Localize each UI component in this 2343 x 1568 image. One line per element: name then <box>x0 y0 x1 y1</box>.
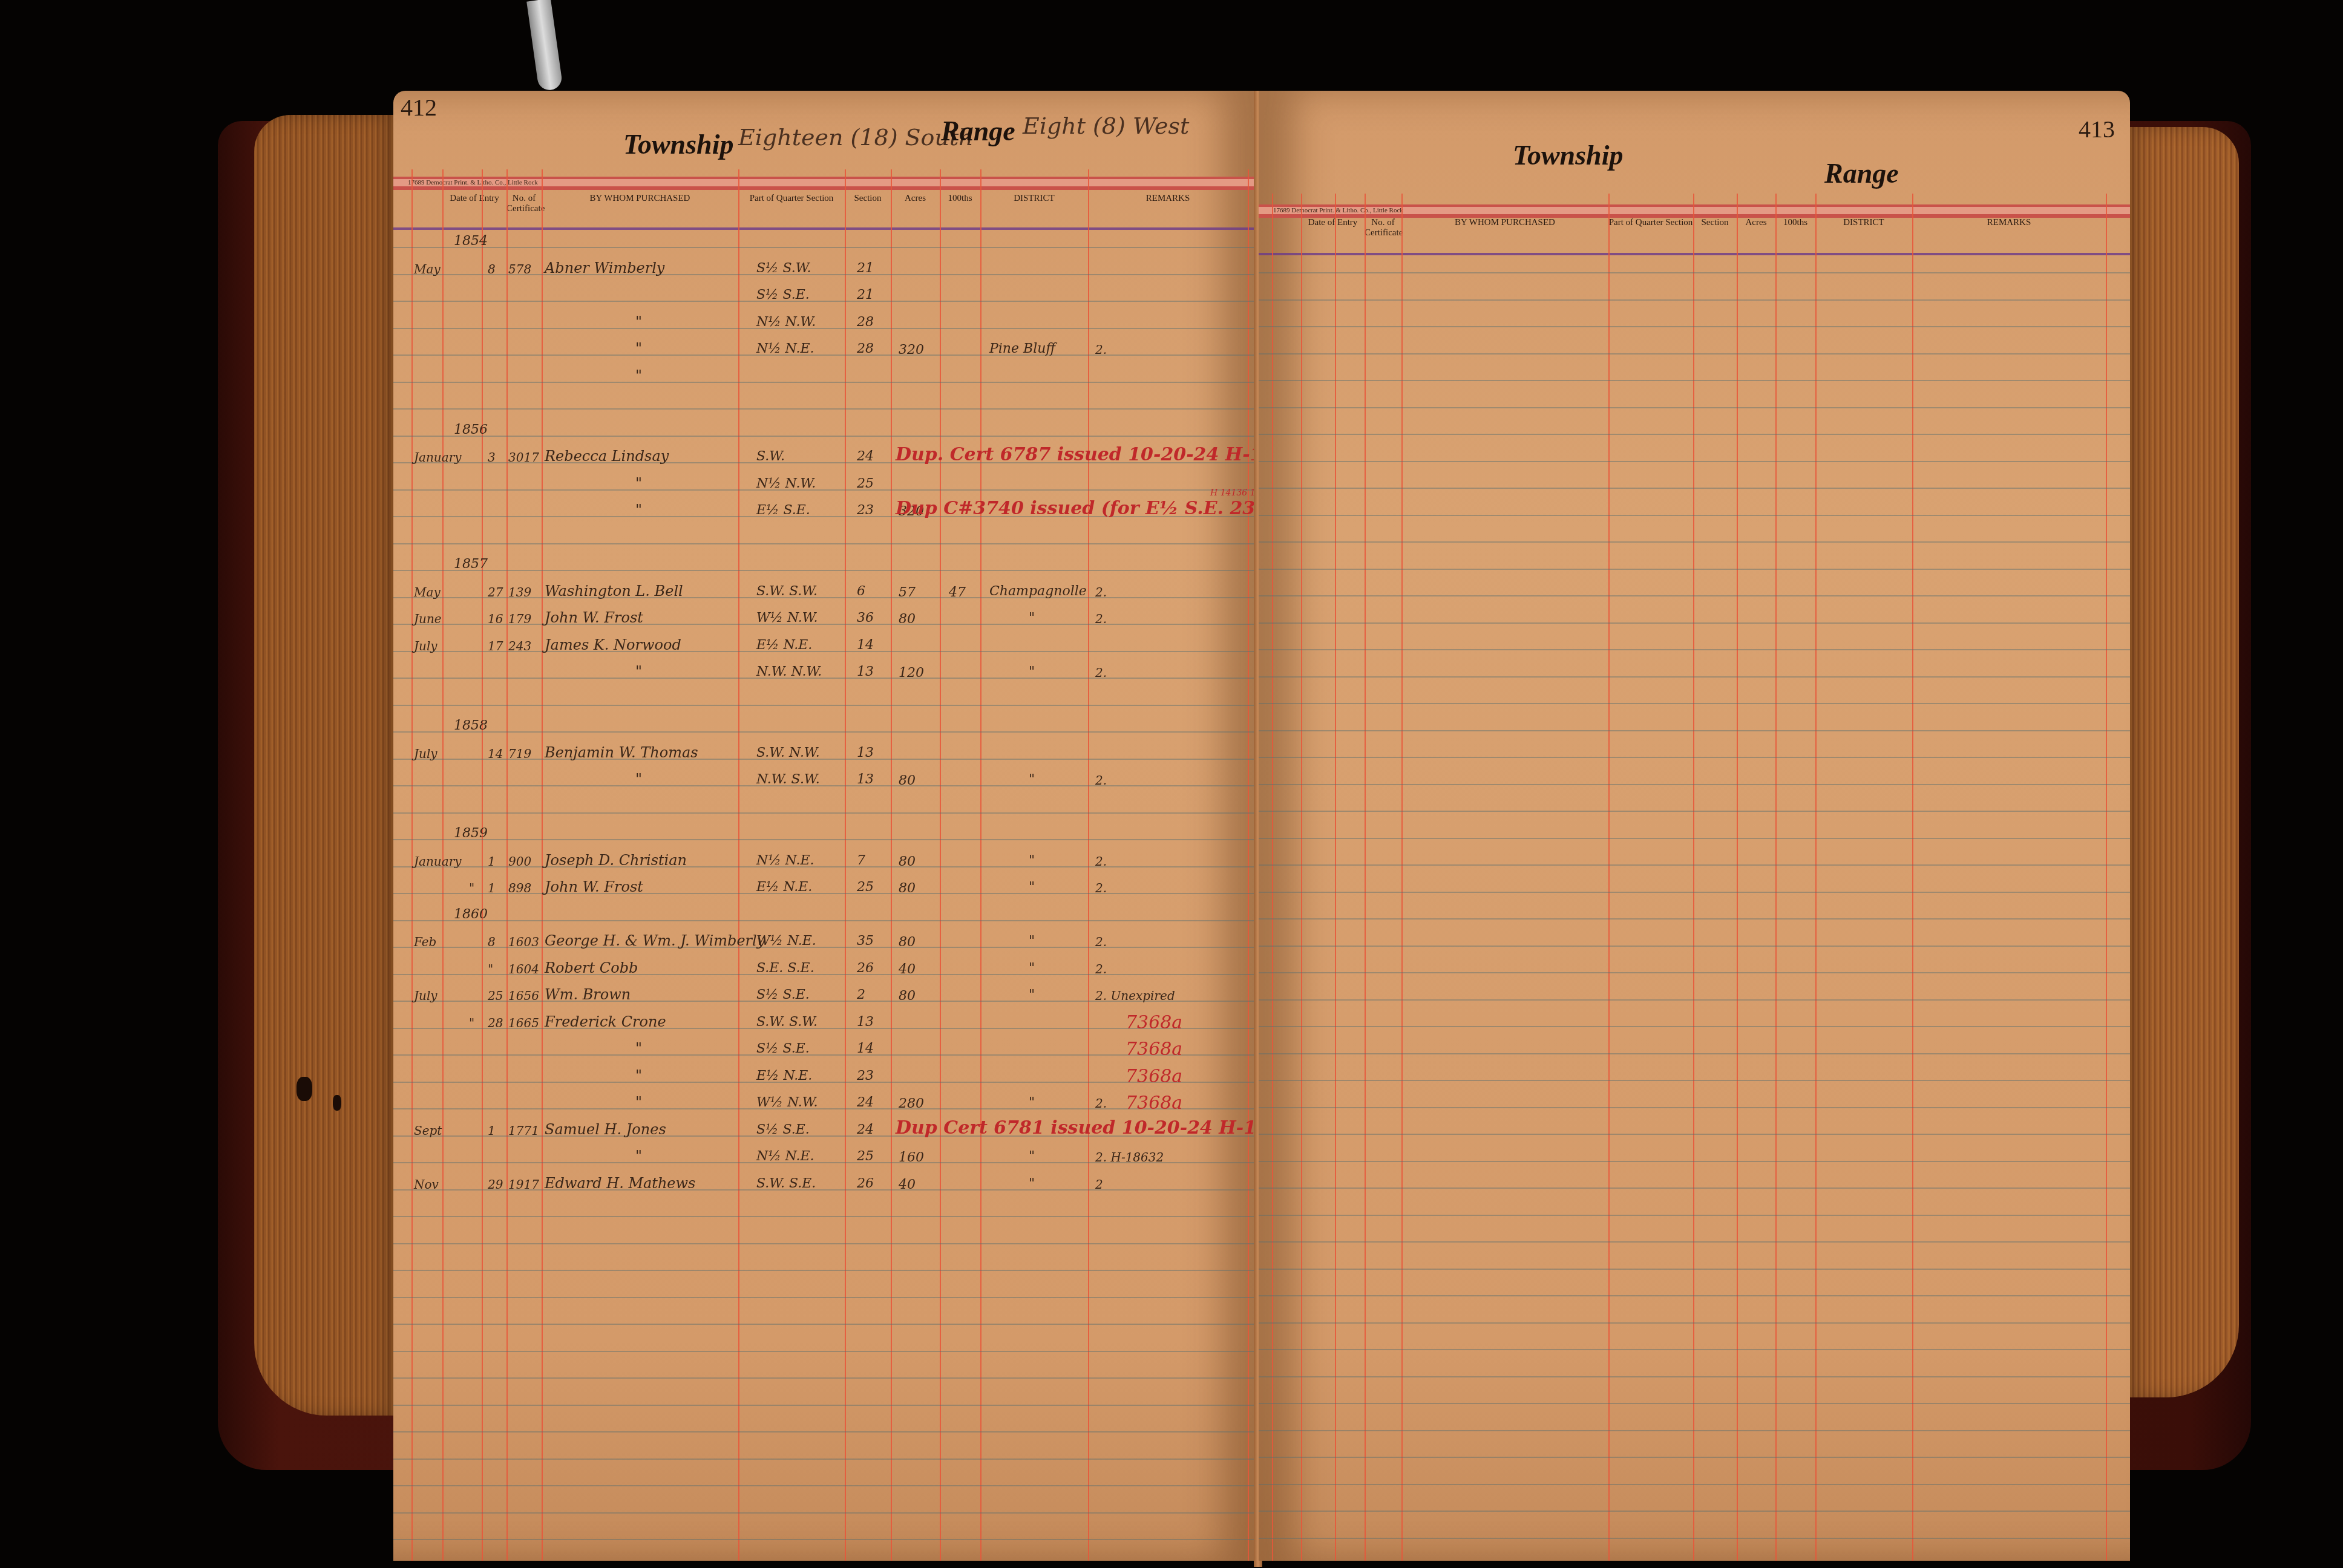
row-rule <box>1259 972 2130 973</box>
column-header: No. of Certificate <box>506 194 542 214</box>
certificate-number: 1604 <box>508 962 539 976</box>
section-number: 14 <box>857 1041 874 1056</box>
purchaser-name: Wm. Brown <box>545 986 631 1003</box>
row-rule <box>1259 353 2130 354</box>
acres: 40 <box>899 962 916 977</box>
row-rule <box>393 1405 1259 1406</box>
quarter-section: S.W. S.W. <box>756 584 818 599</box>
entry-day: 8 <box>488 935 496 949</box>
column-rule <box>1335 194 1336 1561</box>
acres: 80 <box>899 773 916 788</box>
column-header: Section <box>1693 218 1737 228</box>
district: " <box>1029 772 1035 787</box>
entry-month: Nov <box>414 1177 439 1192</box>
purchaser-name: Frederick Crone <box>545 1013 666 1030</box>
ledger-entry: January1900Joseph D. ChristianN½ N.E.780… <box>393 849 1259 877</box>
red-annotation: Dup Cert 6781 issued 10-20-24 H-16927 <box>896 1117 1259 1138</box>
row-rule <box>1259 1134 2130 1135</box>
remarks: 2. H-18632 <box>1095 1150 1164 1165</box>
section-number: 24 <box>857 1095 874 1110</box>
quarter-section: S.W. N.W. <box>756 745 820 760</box>
ledger-entry: "281665Frederick CroneS.W. S.W.137368a <box>393 1011 1259 1038</box>
column-rule <box>1775 194 1777 1561</box>
printer-imprint: 17689 Democrat Print. & Litho. Co., Litt… <box>408 179 538 186</box>
ledger-entry: January33017Rebecca LindsayS.W.24Dup. Ce… <box>393 445 1259 472</box>
ledger-entry: 1860 <box>393 903 1259 930</box>
acres: 40 <box>899 1177 916 1192</box>
remarks: 2 <box>1095 1177 1103 1192</box>
entry-month: January <box>414 450 462 465</box>
row-rule <box>1259 1484 2130 1485</box>
district: " <box>1029 853 1035 868</box>
bookmark-clip <box>526 0 563 91</box>
certificate-number: 1656 <box>508 988 539 1003</box>
column-header: Part of Quarter Section <box>738 194 845 204</box>
purchaser-name: " <box>635 340 642 357</box>
row-rule <box>393 812 1259 814</box>
column-rule <box>1608 194 1610 1561</box>
quarter-section: N½ N.W. <box>756 476 816 491</box>
entry-day: 1 <box>488 854 496 869</box>
row-rule <box>1259 1511 2130 1512</box>
acres: 80 <box>899 881 916 896</box>
section-number: 26 <box>857 961 874 976</box>
quarter-section: W½ N.W. <box>756 610 818 626</box>
column-header: Date of Entry <box>442 194 506 204</box>
quarter-section: S.E. S.E. <box>756 961 814 976</box>
row-rule <box>393 1351 1259 1352</box>
district: " <box>1029 961 1035 976</box>
row-rule <box>1259 918 2130 920</box>
ledger-entry: "N.W. S.W.1380"2. <box>393 768 1259 795</box>
page-number: 413 <box>2079 115 2115 143</box>
remarks: 2. Unexpired <box>1095 988 1175 1003</box>
purchaser-name: " <box>635 475 642 492</box>
quarter-section: E½ N.E. <box>756 880 812 895</box>
district: " <box>1029 933 1035 949</box>
quarter-section: S½ S.E. <box>756 1041 810 1056</box>
ledger-entry: S½ S.E.21 <box>393 284 1259 311</box>
quarter-section: S½ S.E. <box>756 987 810 1002</box>
acres: 320 <box>899 342 924 358</box>
section-number: 14 <box>857 638 874 653</box>
entry-month: January <box>414 854 462 869</box>
district: Champagnolle <box>989 584 1087 599</box>
column-header: 100ths <box>1775 218 1815 228</box>
ledger-entry: "N½ N.W.25 <box>393 472 1259 500</box>
purchaser-name: James K. Norwood <box>545 636 681 653</box>
remarks: 2. <box>1095 881 1107 895</box>
ledger-entry: "W½ N.W.24280"2.7368a <box>393 1091 1259 1119</box>
purchaser-name: " <box>635 313 642 330</box>
row-rule <box>1259 784 2130 785</box>
row-rule <box>1259 757 2130 758</box>
stain <box>333 1095 341 1111</box>
ledger-entry: 1858 <box>393 714 1259 742</box>
quarter-section: S.W. S.W. <box>756 1014 818 1030</box>
row-rule <box>1259 649 2130 650</box>
column-rule <box>1737 194 1738 1561</box>
row-rule <box>1259 838 2130 839</box>
district: Pine Bluff <box>989 341 1055 356</box>
entry-year: 1860 <box>454 907 488 922</box>
ledger-entry: 1854 <box>393 230 1259 257</box>
red-annotation: Dup. Cert 6787 issued 10-20-24 H-16928 <box>896 444 1259 465</box>
row-rule <box>1259 1403 2130 1404</box>
row-rule <box>1259 864 2130 866</box>
column-header: Part of Quarter Section <box>1608 218 1693 228</box>
quarter-section: N.W. N.W. <box>756 664 822 679</box>
entry-month: July <box>414 988 437 1003</box>
purchaser-name: " <box>635 663 642 680</box>
section-number: 23 <box>857 1068 874 1083</box>
entry-day: 25 <box>488 988 503 1003</box>
township-label: Township <box>1513 139 1623 171</box>
entry-day: 3 <box>488 450 496 465</box>
section-number: 13 <box>857 664 874 679</box>
district: " <box>1029 1149 1035 1164</box>
entry-day: 28 <box>488 1016 503 1030</box>
row-rule <box>1259 595 2130 596</box>
row-rule <box>1259 1349 2130 1350</box>
acres: 80 <box>899 935 916 950</box>
quarter-section: E½ S.E. <box>756 503 810 518</box>
entry-year: 1859 <box>454 826 488 841</box>
ledger-entry: "E½ S.E.23320Dup C#3740 issued (for E½ S… <box>393 499 1259 526</box>
district: " <box>1029 880 1035 895</box>
section-number: 25 <box>857 476 874 491</box>
district: " <box>1029 610 1035 626</box>
row-rule <box>1259 703 2130 704</box>
row-rule <box>393 705 1259 706</box>
red-annotation: 7368a <box>1126 1066 1182 1087</box>
column-rule <box>1912 194 1913 1561</box>
township-value: Eighteen (18) South <box>738 124 974 151</box>
row-rule <box>1259 434 2130 435</box>
purchaser-name: John W. Frost <box>545 609 643 626</box>
acres: 57 <box>899 585 916 600</box>
entry-day: " <box>488 962 493 976</box>
page-edges-right <box>2124 127 2239 1397</box>
remarks: 2. <box>1095 665 1107 680</box>
row-rule <box>1259 541 2130 543</box>
row-rule <box>1259 1269 2130 1270</box>
acres: 280 <box>899 1096 924 1111</box>
row-rule <box>393 1243 1259 1244</box>
row-rule <box>1259 999 2130 1001</box>
ledger-entry: 1856 <box>393 419 1259 446</box>
certificate-number: 1665 <box>508 1016 539 1030</box>
ledger-entry: 1859 <box>393 822 1259 849</box>
row-rule <box>1259 569 2130 570</box>
section-number: 13 <box>857 745 874 760</box>
entry-month: May <box>414 585 441 599</box>
certificate-number: 139 <box>508 585 531 599</box>
section-number: 13 <box>857 1014 874 1030</box>
ledger-entry: July14719Benjamin W. ThomasS.W. N.W.13 <box>393 742 1259 769</box>
quarter-section: S.W. S.E. <box>756 1176 816 1191</box>
row-rule <box>1259 326 2130 327</box>
section-number: 21 <box>857 261 874 276</box>
district: " <box>1029 987 1035 1002</box>
column-rule <box>1365 194 1366 1561</box>
purchaser-name: " <box>635 1067 642 1084</box>
purchaser-name: Benjamin W. Thomas <box>545 744 698 761</box>
purchaser-name: " <box>635 771 642 788</box>
acres: 160 <box>899 1150 924 1165</box>
column-rule <box>1401 194 1403 1561</box>
row-rule <box>1259 946 2130 947</box>
right-page: 413 Township Range 17689 Democrat Print.… <box>1259 91 2130 1561</box>
column-header: Section <box>845 194 891 204</box>
certificate-number: 243 <box>508 639 531 653</box>
row-rule <box>1259 1026 2130 1027</box>
district: " <box>1029 664 1035 679</box>
row-rule <box>1259 676 2130 678</box>
entry-day: 14 <box>488 746 503 761</box>
row-rule <box>393 543 1259 544</box>
section-number: 28 <box>857 341 874 356</box>
entry-day: 17 <box>488 639 503 653</box>
entry-month: " <box>469 1016 474 1030</box>
purchaser-name: George H. & Wm. J. Wimberly <box>545 932 765 949</box>
row-rule <box>393 1324 1259 1325</box>
ledger-entry: June16179John W. FrostW½ N.W.3680"2. <box>393 607 1259 634</box>
column-header: 100ths <box>940 194 980 204</box>
certificate-number: 719 <box>508 746 531 761</box>
remarks: 2. <box>1095 1096 1107 1111</box>
ledger-entry: Nov291917Edward H. MathewsS.W. S.E.2640"… <box>393 1172 1259 1200</box>
entry-month: May <box>414 262 441 276</box>
page-edges-left <box>254 115 399 1416</box>
remarks: 2. <box>1095 585 1107 599</box>
certificate-number: 900 <box>508 854 531 869</box>
section-number: 25 <box>857 880 874 895</box>
row-rule <box>1259 1538 2130 1539</box>
purchaser-name: " <box>635 1148 642 1165</box>
acres: 80 <box>899 988 916 1004</box>
remarks: 2. <box>1095 612 1107 626</box>
row-rule <box>1259 892 2130 893</box>
remarks: 2. <box>1095 854 1107 869</box>
row-rule <box>1259 1107 2130 1108</box>
row-rule <box>1259 1457 2130 1458</box>
row-rule <box>393 1539 1259 1540</box>
range-label: Range <box>1824 157 1899 189</box>
row-rule <box>1259 461 2130 462</box>
ledger-entry: " <box>393 365 1259 392</box>
row-rule <box>1259 1322 2130 1324</box>
ledger-entry: Feb81603George H. & Wm. J. WimberlyW½ N.… <box>393 930 1259 957</box>
ledger-entry: Sept11771Samuel H. JonesS½ S.E.24Dup Cer… <box>393 1119 1259 1146</box>
certificate-number: 898 <box>508 881 531 895</box>
row-rule <box>1259 380 2130 381</box>
district: " <box>1029 1176 1035 1191</box>
hundredths: 47 <box>949 585 966 600</box>
entry-day: 27 <box>488 585 503 599</box>
ledger-entry: May27139Washington L. BellS.W. S.W.65747… <box>393 580 1259 607</box>
entry-month: Sept <box>414 1123 442 1138</box>
ledger-entry: "N½ N.W.28 <box>393 311 1259 338</box>
ledger-entry: May8578Abner WimberlyS½ S.W.21 <box>393 257 1259 284</box>
entry-month: Feb <box>414 935 436 949</box>
row-rule <box>1259 272 2130 273</box>
section-number: 6 <box>857 584 865 599</box>
entry-month: " <box>469 881 474 895</box>
entry-day: 1 <box>488 881 496 895</box>
row-rule <box>1259 1241 2130 1243</box>
purchaser-name: John W. Frost <box>545 878 643 895</box>
column-header: REMARKS <box>1912 218 2106 228</box>
row-rule <box>1259 1053 2130 1054</box>
quarter-section: S½ S.W. <box>756 261 811 276</box>
ledger-entry: "N.W. N.W.13120"2. <box>393 661 1259 688</box>
remarks: 2. <box>1095 935 1107 949</box>
acres: 120 <box>899 665 924 681</box>
certificate-number: 1771 <box>508 1123 539 1138</box>
stain <box>297 1077 312 1101</box>
quarter-section: N½ N.W. <box>756 315 816 330</box>
quarter-section: N½ N.E. <box>756 341 814 356</box>
column-rule <box>2106 194 2107 1561</box>
page-number: 412 <box>401 93 437 122</box>
row-rule <box>1259 1295 2130 1296</box>
row-rule <box>1259 299 2130 301</box>
column-header: DISTRICT <box>980 194 1088 204</box>
row-rule <box>393 408 1259 410</box>
certificate-number: 1917 <box>508 1177 539 1192</box>
purchaser-name: " <box>635 367 642 384</box>
section-number: 25 <box>857 1149 874 1164</box>
row-rule <box>1259 1430 2130 1431</box>
column-header: No. of Certificate <box>1365 218 1401 238</box>
row-rule <box>1259 1080 2130 1081</box>
printer-imprint: 17689 Democrat Print. & Litho. Co., Litt… <box>1273 207 1403 214</box>
entry-year: 1856 <box>454 422 488 437</box>
column-header: Acres <box>1737 218 1775 228</box>
quarter-section: E½ N.E. <box>756 638 812 653</box>
red-annotation: 7368a <box>1126 1039 1182 1060</box>
row-rule <box>1259 515 2130 516</box>
section-number: 21 <box>857 287 874 302</box>
acres: 80 <box>899 612 916 627</box>
quarter-section: W½ N.E. <box>756 933 816 949</box>
row-rule <box>393 1512 1259 1514</box>
quarter-section: S½ S.E. <box>756 287 810 302</box>
purchaser-name: " <box>635 501 642 518</box>
row-rule <box>393 1216 1259 1217</box>
quarter-section: N.W. S.W. <box>756 772 820 787</box>
column-header: Date of Entry <box>1301 218 1365 228</box>
row-rule <box>1259 1376 2130 1377</box>
entry-month: June <box>414 612 442 626</box>
row-rule <box>1259 488 2130 489</box>
entry-month: July <box>414 639 437 653</box>
quarter-section: W½ N.W. <box>756 1095 818 1110</box>
column-rule <box>1272 194 1273 1561</box>
entry-month: July <box>414 746 437 761</box>
column-header: BY WHOM PURCHASED <box>542 194 738 204</box>
row-rule <box>393 1270 1259 1271</box>
column-header: BY WHOM PURCHASED <box>1401 218 1608 228</box>
purchaser-name: " <box>635 1094 642 1111</box>
left-page: 412 Township Eighteen (18) South Range E… <box>393 91 1259 1561</box>
section-number: 26 <box>857 1176 874 1191</box>
row-rule <box>393 1377 1259 1379</box>
row-rule <box>1259 811 2130 812</box>
header-underline <box>1259 253 2130 255</box>
certificate-number: 578 <box>508 262 531 276</box>
row-rule <box>1259 1215 2130 1216</box>
ledger-entry: 1857 <box>393 553 1259 580</box>
purchaser-name: Rebecca Lindsay <box>545 448 669 465</box>
entry-year: 1857 <box>454 557 488 572</box>
section-number: 7 <box>857 853 865 868</box>
quarter-section: N½ N.E. <box>756 853 814 868</box>
section-number: 28 <box>857 315 874 330</box>
section-number: 36 <box>857 610 874 626</box>
remarks: 2. <box>1095 342 1107 357</box>
township-label: Township <box>623 128 733 160</box>
section-number: 2 <box>857 987 865 1002</box>
remarks: 2. <box>1095 962 1107 976</box>
certificate-number: 1603 <box>508 935 539 949</box>
ledger-entry: "S½ S.E.147368a <box>393 1037 1259 1065</box>
row-rule <box>1259 407 2130 408</box>
purchaser-name: Joseph D. Christian <box>545 852 687 869</box>
section-number: 24 <box>857 1122 874 1137</box>
certificate-number: 3017 <box>508 450 539 465</box>
entry-day: 1 <box>488 1123 496 1138</box>
ledger-entry: "E½ N.E.237368a <box>393 1065 1259 1092</box>
purchaser-name: Edward H. Mathews <box>545 1175 695 1192</box>
entry-year: 1854 <box>454 234 488 249</box>
column-rule <box>1693 194 1694 1561</box>
entry-day: 8 <box>488 262 496 276</box>
section-number: 35 <box>857 933 874 949</box>
row-rule <box>1259 1187 2130 1189</box>
entry-year: 1858 <box>454 718 488 733</box>
remarks: 2. <box>1095 773 1107 788</box>
purchaser-name: Robert Cobb <box>545 959 638 976</box>
purchaser-name: Abner Wimberly <box>545 260 664 276</box>
row-rule <box>393 1431 1259 1432</box>
ledger-entry: July251656Wm. BrownS½ S.E.280"2. Unexpir… <box>393 984 1259 1011</box>
ledger-entry: "N½ N.E.25160"2. H-18632 <box>393 1145 1259 1172</box>
range-value: Eight (8) West <box>1023 113 1189 139</box>
quarter-section: N½ N.E. <box>756 1149 814 1164</box>
range-label: Range <box>941 115 1015 147</box>
column-header: DISTRICT <box>1815 218 1912 228</box>
entry-day: 29 <box>488 1177 503 1192</box>
red-annotation: Dup C#3740 issued (for E½ S.E. 23) <box>896 498 1259 519</box>
section-number: 24 <box>857 449 874 464</box>
certificate-number: 179 <box>508 612 531 626</box>
entry-day: 16 <box>488 612 503 626</box>
purchaser-name: Samuel H. Jones <box>545 1121 666 1138</box>
red-annotation: 7368a <box>1126 1012 1182 1033</box>
column-rule <box>1301 194 1302 1561</box>
quarter-section: S½ S.E. <box>756 1122 810 1137</box>
row-rule <box>393 1459 1259 1460</box>
section-number: 13 <box>857 772 874 787</box>
quarter-section: E½ N.E. <box>756 1068 812 1083</box>
red-annotation-super: H 14136 1-28-19 <box>1210 488 1259 498</box>
row-rule <box>1259 1161 2130 1162</box>
column-rule <box>1815 194 1817 1561</box>
section-number: 23 <box>857 503 874 518</box>
acres: 80 <box>899 854 916 869</box>
